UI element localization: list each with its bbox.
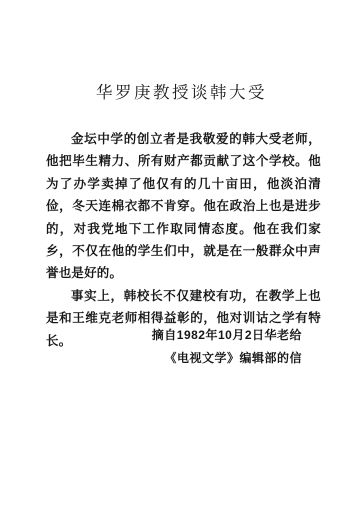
attribution: 摘自1982年10月2日华老给 《电视文学》编辑部的信	[46, 324, 302, 369]
attribution-line-2: 《电视文学》编辑部的信	[46, 347, 302, 370]
body-text: 金坛中学的创立者是我敬爱的韩大受老师，他把毕生精力、所有财产都贡献了这个学校。他…	[46, 128, 321, 352]
page-title: 华罗庚教授谈韩大受	[0, 79, 363, 103]
book-page: 华罗庚教授谈韩大受 金坛中学的创立者是我敬爱的韩大受老师，他把毕生精力、所有财产…	[0, 0, 363, 517]
attribution-line-1: 摘自1982年10月2日华老给	[46, 324, 302, 347]
paragraph-1: 金坛中学的创立者是我敬爱的韩大受老师，他把毕生精力、所有财产都贡献了这个学校。他…	[46, 128, 321, 285]
